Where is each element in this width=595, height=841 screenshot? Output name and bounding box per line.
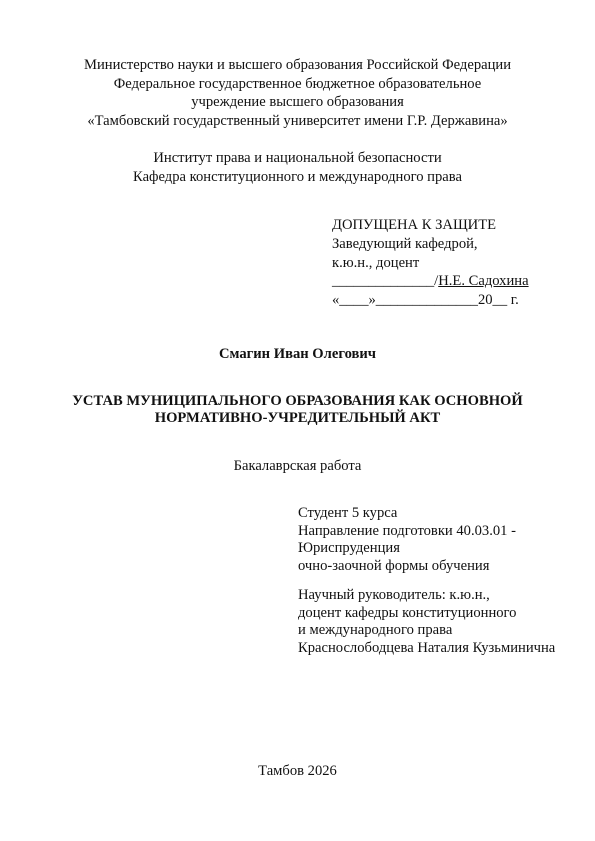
date-year-blank: __ [493,292,508,308]
department-name: Кафедра конституционного и международног… [0,168,595,187]
approval-signature-line: ______________/Н.Е. Садохина [332,272,529,291]
work-type-block: Бакалаврская работа [0,457,595,476]
header-line-3: учреждение высшего образования [0,93,595,112]
student-course: Студент 5 курса [298,505,516,523]
thesis-title-line-1: УСТАВ МУНИЦИПАЛЬНОГО ОБРАЗОВАНИЯ КАК ОСН… [0,393,595,410]
date-month-blank: ______________ [376,292,478,308]
city-year: Тамбов 2026 [0,762,595,781]
work-type: Бакалаврская работа [0,457,595,476]
footer-block: Тамбов 2026 [0,762,595,781]
institute-name: Институт права и национальной безопаснос… [0,149,595,168]
approval-block: ДОПУЩЕНА К ЗАЩИТЕ Заведующий кафедрой, к… [332,216,529,310]
author-block: Смагин Иван Олегович [0,345,595,364]
thesis-title: УСТАВ МУНИЦИПАЛЬНОГО ОБРАЗОВАНИЯ КАК ОСН… [0,393,595,427]
signatory-name: Н.Е. Садохина [438,273,528,289]
date-year-suffix: г. [511,292,519,308]
supervisor-title: Научный руководитель: к.ю.н., [298,587,555,605]
approval-date-line: «____»______________20__ г. [332,291,529,310]
author-name: Смагин Иван Олегович [0,345,595,364]
supervisor-name: Краснослободцева Наталия Кузьминична [298,640,555,658]
supervisor-department: и международного права [298,622,555,640]
supervisor-position: доцент кафедры конституционного [298,605,555,623]
signature-blank: ______________/ [332,273,438,289]
student-direction: Направление подготовки 40.03.01 - [298,523,516,541]
approval-title: ДОПУЩЕНА К ЗАЩИТЕ [332,216,529,235]
approval-position: Заведующий кафедрой, [332,235,529,254]
header-line-1: Министерство науки и высшего образования… [0,56,595,75]
date-close-quote: » [368,292,375,308]
ministry-header: Министерство науки и высшего образования… [0,56,595,130]
institute-block: Институт права и национальной безопаснос… [0,149,595,186]
approval-degree: к.ю.н., доцент [332,254,529,273]
student-specialty: Юриспруденция [298,540,516,558]
student-study-form: очно-заочной формы обучения [298,558,516,576]
student-info: Студент 5 курса Направление подготовки 4… [298,505,516,575]
date-day-blank: ____ [339,292,368,308]
header-line-2: Федеральное государственное бюджетное об… [0,75,595,94]
date-year-prefix: 20 [478,292,493,308]
supervisor-info: Научный руководитель: к.ю.н., доцент каф… [298,587,555,657]
thesis-title-line-2: НОРМАТИВНО-УЧРЕДИТЕЛЬНЫЙ АКТ [0,410,595,427]
header-line-4: «Тамбовский государственный университет … [0,112,595,131]
